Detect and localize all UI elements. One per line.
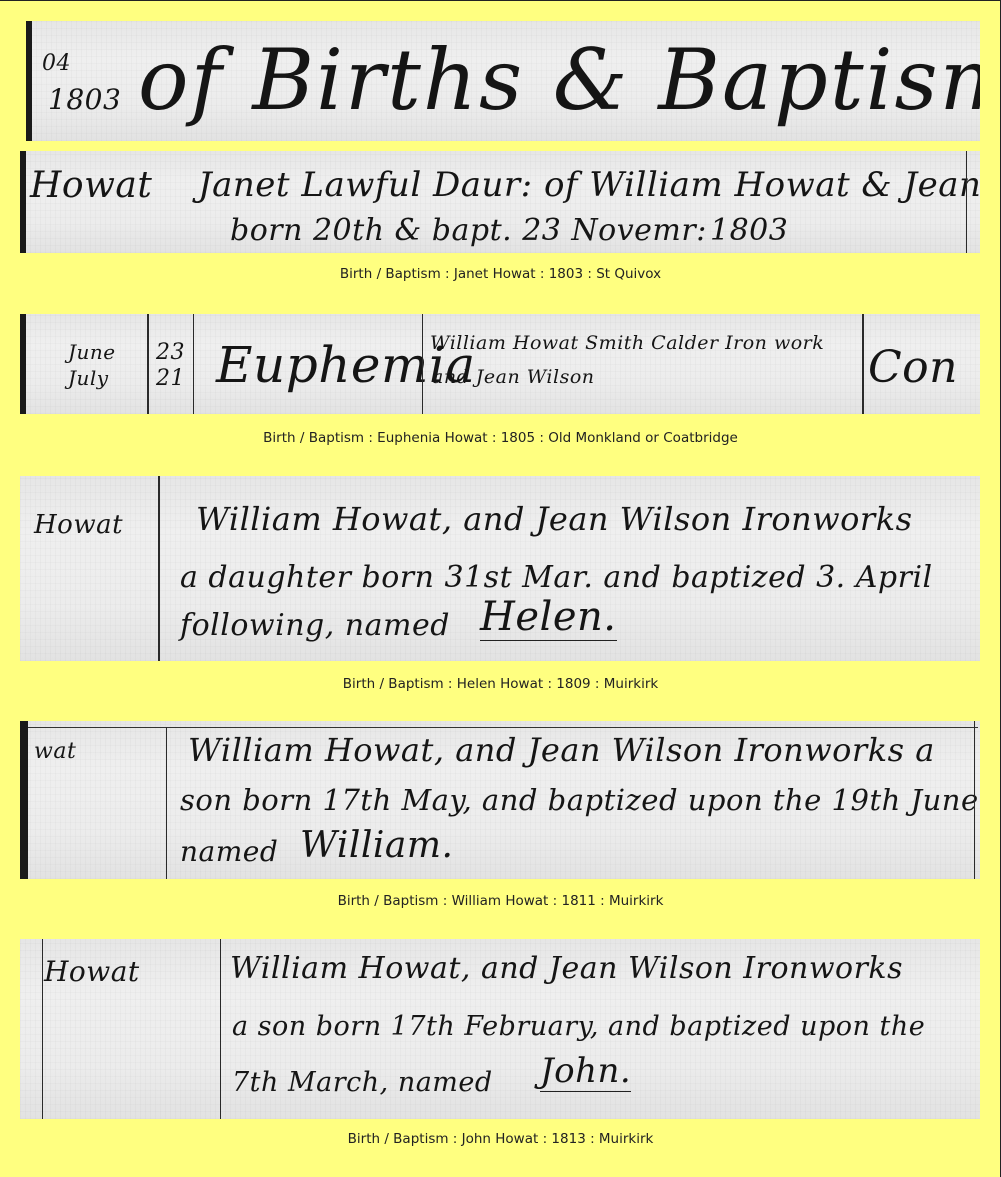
column-line [862, 314, 864, 414]
record-caption-euphemia: Birth / Baptism : Euphenia Howat : 1805 … [0, 430, 1001, 446]
record-scan-janet: Howat Janet Lawful Daur: of William Howa… [20, 151, 980, 253]
entry-line-2: son born 17th May, and baptized upon the… [180, 783, 979, 817]
entry-child-name: Helen. [480, 594, 617, 641]
entry-line-1: Janet Lawful Daur: of William Howat & Je… [198, 165, 980, 205]
day-23: 23 [156, 340, 185, 365]
parent-line-1: William Howat Smith Calder Iron work [430, 332, 824, 354]
margin-surname: Howat [34, 510, 123, 540]
entry-line-2: born 20th & bapt. 23 Novemr: [230, 213, 707, 248]
column-line [158, 476, 160, 661]
right-column-text: Con [868, 342, 958, 393]
page: { "header_scan": { "corner_number": "04"… [0, 0, 1001, 1177]
scan-edge [20, 314, 26, 414]
rule-line [28, 727, 978, 728]
entry-line-1: William Howat, and Jean Wilson Ironworks [196, 500, 913, 538]
entry-year: 1803 [710, 213, 788, 248]
day-21: 21 [156, 366, 185, 391]
entry-line-3-prefix: named [180, 835, 278, 868]
entry-child-name: John. [540, 1051, 631, 1092]
entry-line-1: William Howat, and Jean Wilson Ironworks… [188, 731, 935, 769]
record-scan-john: Howat William Howat, and Jean Wilson Iro… [20, 939, 980, 1119]
entry-child-name: William. [300, 825, 453, 866]
register-title: of Births & Baptisms [138, 31, 980, 129]
scan-edge [20, 721, 28, 879]
record-caption-john: Birth / Baptism : John Howat : 1813 : Mu… [0, 1131, 1001, 1147]
column-line [147, 314, 149, 414]
corner-number: 04 [42, 51, 71, 76]
record-scan-euphemia: June July 23 21 Euphemia William Howat S… [20, 314, 980, 414]
page-edge-line [966, 151, 967, 253]
parent-line-2: and Jean Wilson [432, 366, 595, 388]
margin-surname: wat [34, 739, 76, 764]
scan-edge [20, 151, 26, 253]
record-scan-william: wat William Howat, and Jean Wilson Ironw… [20, 721, 980, 879]
record-scan-helen: Howat William Howat, and Jean Wilson Iro… [20, 476, 980, 661]
record-caption-william: Birth / Baptism : William Howat : 1811 :… [0, 893, 1001, 909]
column-line [193, 314, 194, 414]
record-caption-helen: Birth / Baptism : Helen Howat : 1809 : M… [0, 676, 1001, 692]
margin-surname: Howat [30, 165, 152, 206]
entry-line-2: a daughter born 31st Mar. and baptized 3… [180, 560, 933, 595]
entry-line-3-prefix: 7th March, named [232, 1067, 493, 1098]
page-edge-line [974, 721, 975, 879]
scan-edge [26, 21, 32, 141]
margin-surname: Howat [44, 955, 140, 988]
month-july: July [68, 366, 109, 390]
column-line [422, 314, 423, 414]
column-line [42, 939, 43, 1119]
entry-line-2: a son born 17th February, and baptized u… [232, 1011, 925, 1042]
column-line [166, 727, 167, 879]
column-line [220, 939, 221, 1119]
entry-line-1: William Howat, and Jean Wilson Ironworks [230, 951, 903, 986]
register-year: 1803 [48, 83, 121, 116]
entry-line-3-prefix: following, named [180, 608, 450, 643]
record-caption-janet: Birth / Baptism : Janet Howat : 1803 : S… [0, 266, 1001, 282]
month-june: June [68, 340, 116, 364]
register-header-scan: 04 1803 of Births & Baptisms [26, 21, 980, 141]
